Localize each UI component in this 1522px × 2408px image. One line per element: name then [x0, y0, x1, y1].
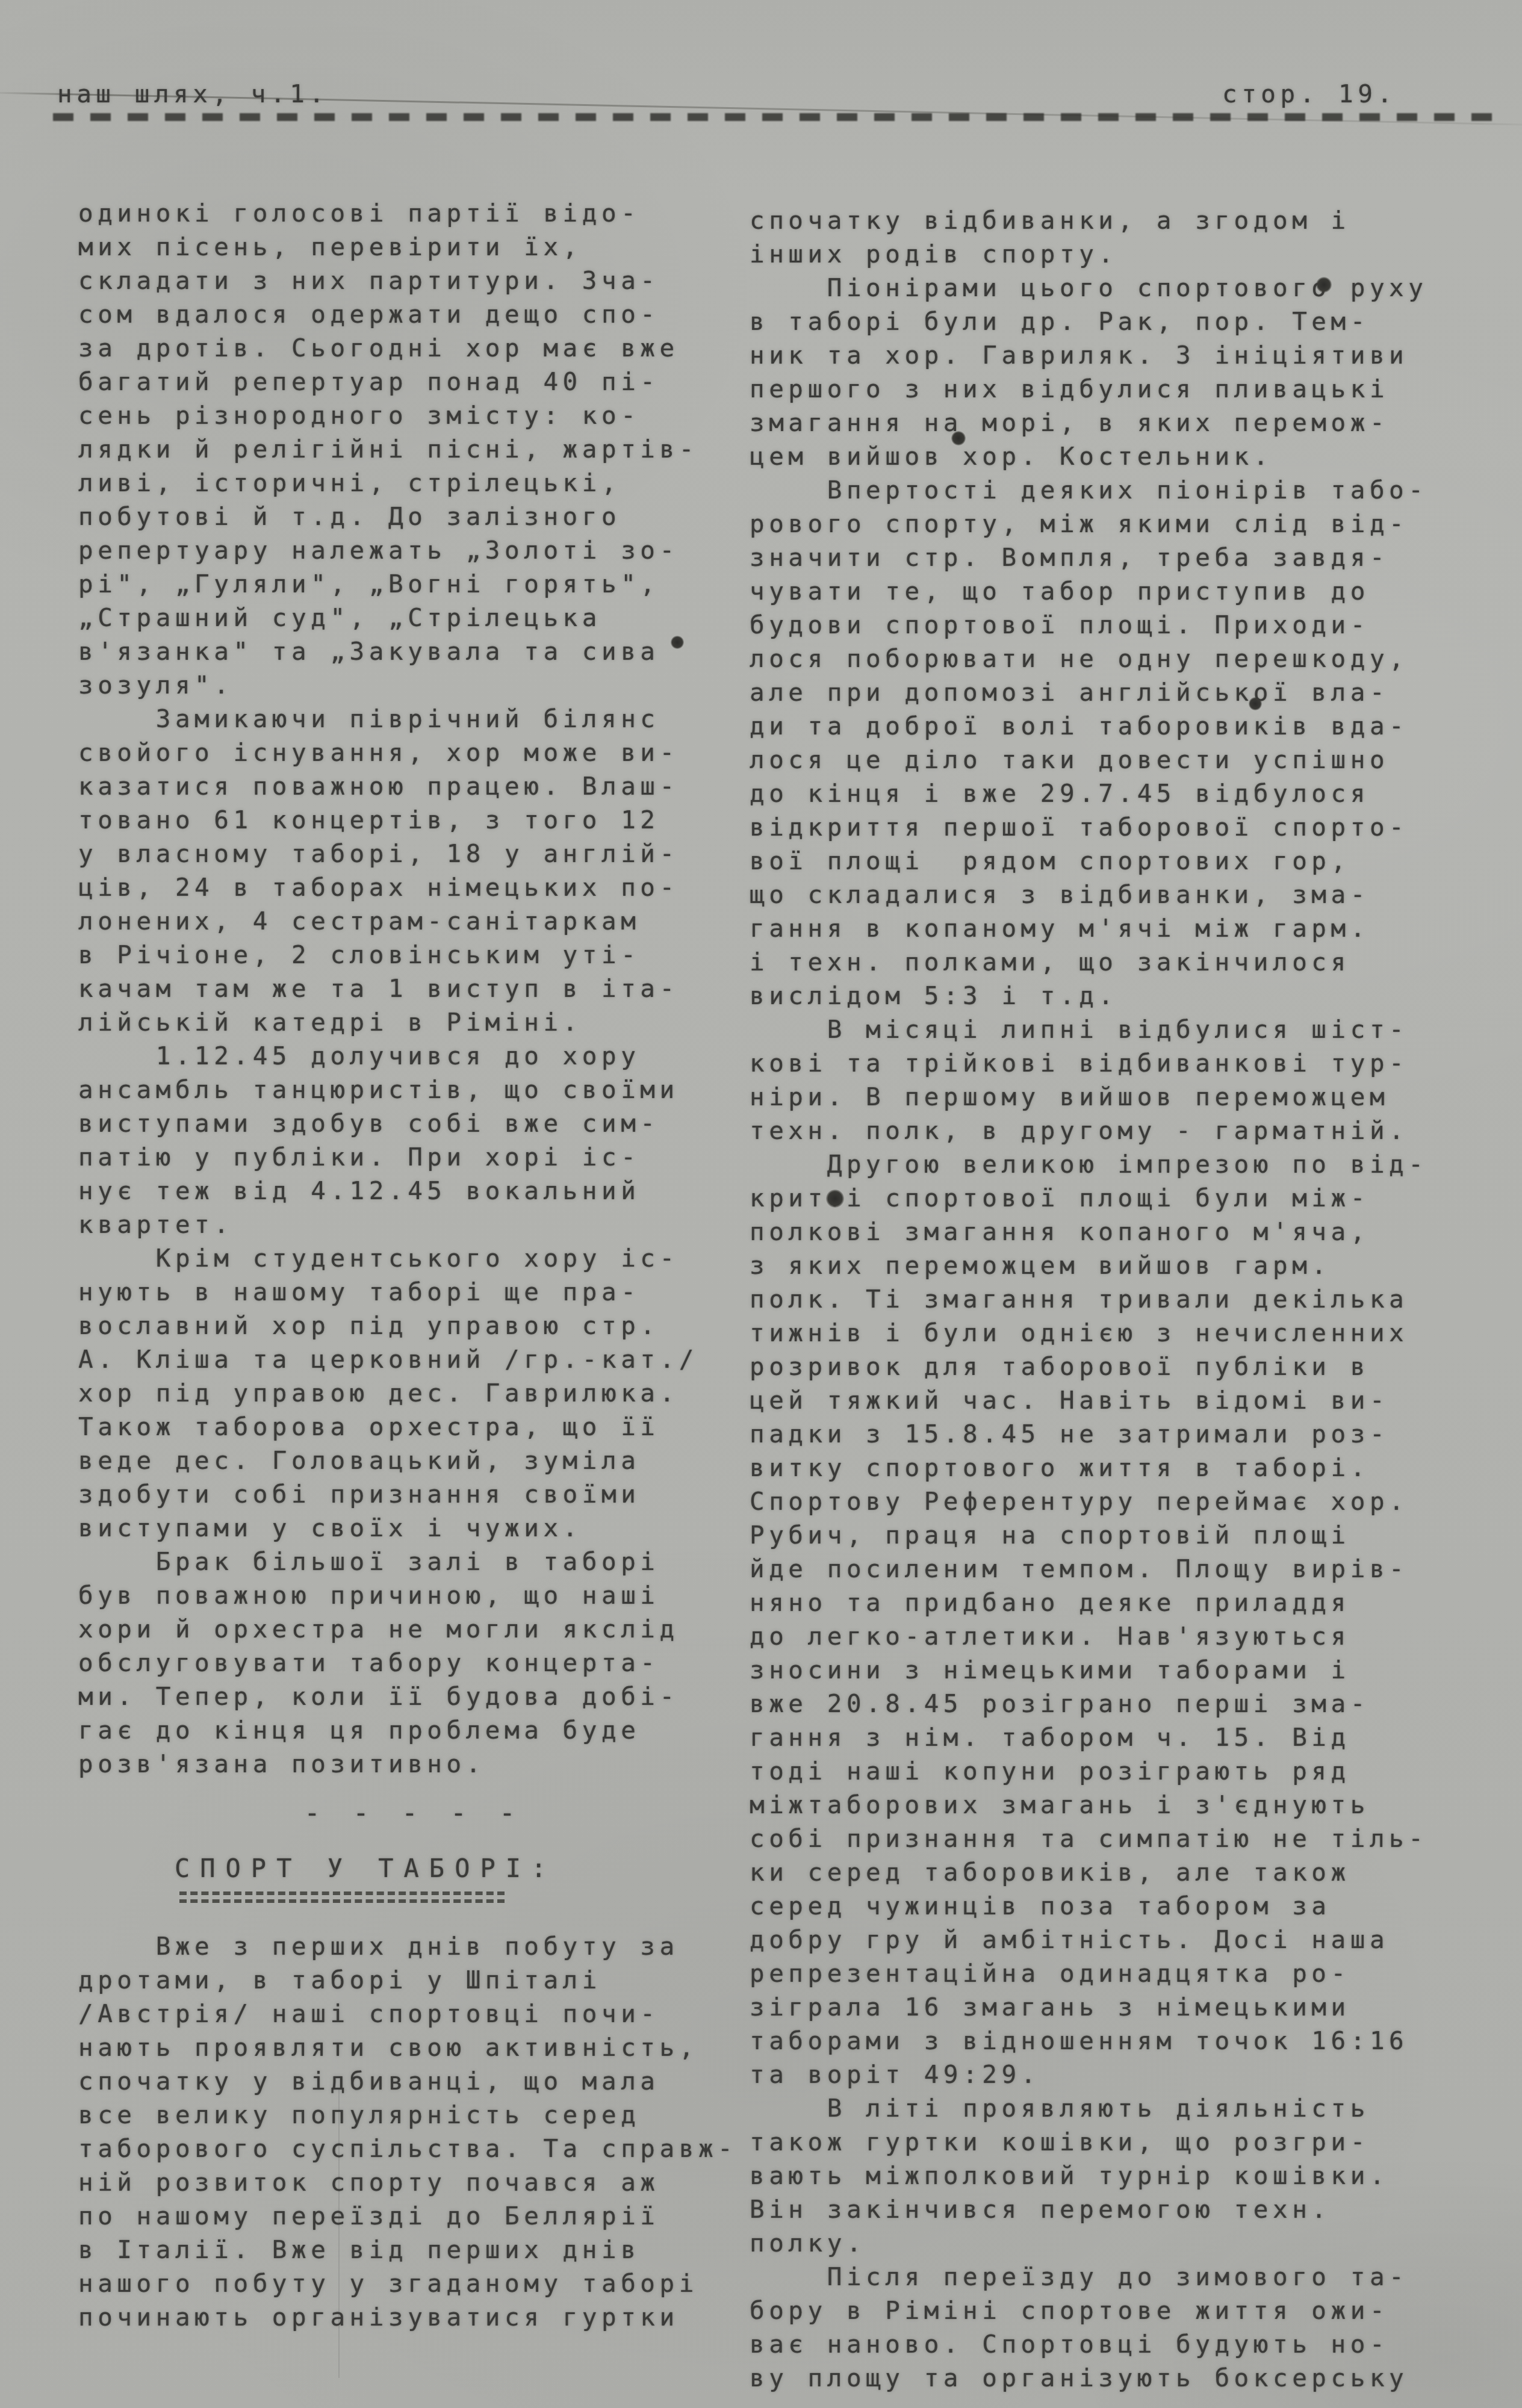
ink-blot — [1249, 697, 1262, 710]
paragraph: Другою великою імпрезою по від- критті с… — [750, 1147, 1481, 2091]
paragraph: В місяці липні відбулися шіст- кові та т… — [750, 1013, 1481, 1147]
header-dashed-rule — [53, 113, 1492, 121]
paragraph: одинокі голосові партії відо- мих пісень… — [78, 196, 750, 702]
ink-blot — [1316, 277, 1332, 293]
ink-blot — [826, 1190, 844, 1208]
paragraph: Брак більшої залі в таборі був поважною … — [78, 1545, 750, 1781]
ink-blot — [951, 431, 966, 445]
section-heading: СПОРТ У ТАБОРІ: — [175, 1852, 750, 1885]
paragraph: В літі проявляють діяльність також гуртк… — [750, 2091, 1481, 2260]
masthead-title: наш шлях, ч.1. — [57, 77, 329, 111]
paragraph: спочатку відбиванки, а згодом і інших ро… — [750, 203, 1481, 271]
left-column: одинокі голосові партії відо- мих пісень… — [78, 196, 750, 2334]
heading-underline — [179, 1891, 505, 1903]
ink-blot — [671, 636, 684, 649]
page-number: стор. 19. — [1222, 77, 1397, 111]
paragraph: Після переїзду до зимового та- бору в Рі… — [750, 2260, 1481, 2395]
paragraph: Крім студентського хору іс- нують в нашо… — [78, 1241, 750, 1545]
right-column: спочатку відбиванки, а згодом і інших ро… — [750, 203, 1481, 2395]
paragraph: Замикаючи піврічний білянс свойого існув… — [78, 702, 750, 1039]
paragraph: Піонірами цього спортового руху в таборі… — [750, 271, 1481, 473]
scanned-newspaper-page: наш шлях, ч.1. стор. 19. одинокі голосов… — [0, 0, 1522, 2408]
paragraph: Впертості деяких піонірів табо- рового с… — [750, 473, 1481, 1013]
paragraph: Вже з перших днів побуту за дротами, в т… — [78, 1929, 750, 2334]
section-separator: - - - - - — [78, 1796, 750, 1830]
paragraph: 1.12.45 долучився до хору ансамбль танцю… — [78, 1039, 750, 1241]
